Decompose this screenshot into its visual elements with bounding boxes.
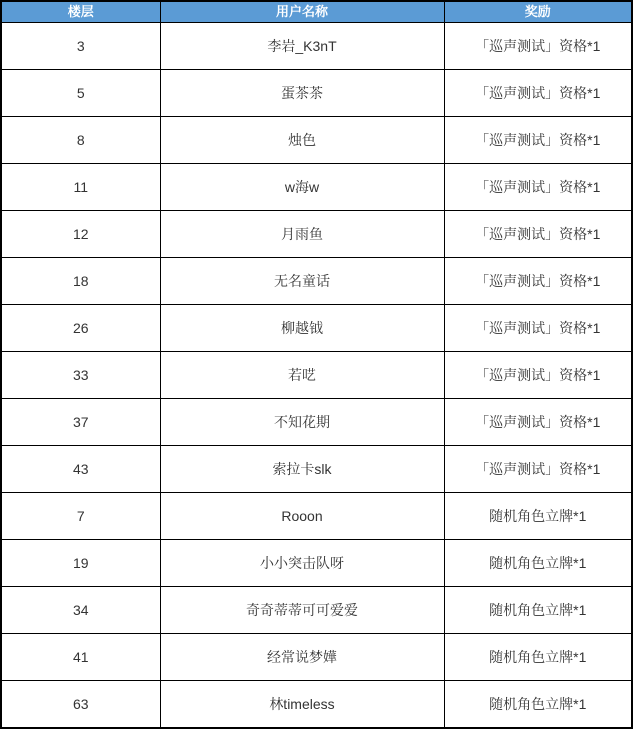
table-body: 3李岩_K3nT「巡声测试」资格*15蛋茶茶「巡声测试」资格*18烛色「巡声测试… <box>1 23 632 729</box>
reward-cell: 「巡声测试」资格*1 <box>444 446 632 493</box>
floor-cell: 12 <box>1 211 160 258</box>
floor-cell: 8 <box>1 117 160 164</box>
table-row: 12月雨鱼「巡声测试」资格*1 <box>1 211 632 258</box>
floor-cell: 5 <box>1 70 160 117</box>
user-cell: 林timeless <box>160 681 444 729</box>
table-row: 7Rooon随机角色立牌*1 <box>1 493 632 540</box>
reward-cell: 「巡声测试」资格*1 <box>444 164 632 211</box>
reward-cell: 「巡声测试」资格*1 <box>444 258 632 305</box>
table-row: 41经常说梦嬅随机角色立牌*1 <box>1 634 632 681</box>
user-cell: 若呓 <box>160 352 444 399</box>
reward-cell: 「巡声测试」资格*1 <box>444 117 632 164</box>
reward-cell: 「巡声测试」资格*1 <box>444 352 632 399</box>
user-cell: 不知花期 <box>160 399 444 446</box>
floor-cell: 41 <box>1 634 160 681</box>
user-cell: 奇奇蒂蒂可可爱爱 <box>160 587 444 634</box>
header-user: 用户名称 <box>160 1 444 23</box>
floor-cell: 19 <box>1 540 160 587</box>
user-cell: Rooon <box>160 493 444 540</box>
floor-cell: 7 <box>1 493 160 540</box>
table-row: 11w海w「巡声测试」资格*1 <box>1 164 632 211</box>
reward-cell: 「巡声测试」资格*1 <box>444 70 632 117</box>
table-row: 37不知花期「巡声测试」资格*1 <box>1 399 632 446</box>
reward-cell: 随机角色立牌*1 <box>444 587 632 634</box>
user-cell: 经常说梦嬅 <box>160 634 444 681</box>
table-row: 33若呓「巡声测试」资格*1 <box>1 352 632 399</box>
reward-cell: 「巡声测试」资格*1 <box>444 305 632 352</box>
floor-cell: 18 <box>1 258 160 305</box>
header-row: 楼层 用户名称 奖励 <box>1 1 632 23</box>
reward-table-container: 楼层 用户名称 奖励 3李岩_K3nT「巡声测试」资格*15蛋茶茶「巡声测试」资… <box>0 0 633 743</box>
table-row: 63林timeless随机角色立牌*1 <box>1 681 632 729</box>
floor-cell: 34 <box>1 587 160 634</box>
reward-cell: 「巡声测试」资格*1 <box>444 211 632 258</box>
user-cell: 李岩_K3nT <box>160 23 444 70</box>
user-cell: 小小突击队呀 <box>160 540 444 587</box>
user-cell: 月雨鱼 <box>160 211 444 258</box>
user-cell: w海w <box>160 164 444 211</box>
floor-cell: 26 <box>1 305 160 352</box>
table-row: 43索拉卡slk「巡声测试」资格*1 <box>1 446 632 493</box>
floor-cell: 3 <box>1 23 160 70</box>
user-cell: 索拉卡slk <box>160 446 444 493</box>
floor-cell: 33 <box>1 352 160 399</box>
reward-cell: 「巡声测试」资格*1 <box>444 399 632 446</box>
reward-cell: 「巡声测试」资格*1 <box>444 23 632 70</box>
table-row: 19小小突击队呀随机角色立牌*1 <box>1 540 632 587</box>
header-floor: 楼层 <box>1 1 160 23</box>
floor-cell: 63 <box>1 681 160 729</box>
table-row: 5蛋茶茶「巡声测试」资格*1 <box>1 70 632 117</box>
reward-cell: 随机角色立牌*1 <box>444 634 632 681</box>
user-cell: 烛色 <box>160 117 444 164</box>
reward-table: 楼层 用户名称 奖励 3李岩_K3nT「巡声测试」资格*15蛋茶茶「巡声测试」资… <box>0 0 633 729</box>
table-row: 3李岩_K3nT「巡声测试」资格*1 <box>1 23 632 70</box>
table-row: 18无名童话「巡声测试」资格*1 <box>1 258 632 305</box>
user-cell: 蛋茶茶 <box>160 70 444 117</box>
table-row: 26柳越钺「巡声测试」资格*1 <box>1 305 632 352</box>
user-cell: 无名童话 <box>160 258 444 305</box>
header-reward: 奖励 <box>444 1 632 23</box>
floor-cell: 11 <box>1 164 160 211</box>
reward-cell: 随机角色立牌*1 <box>444 493 632 540</box>
user-cell: 柳越钺 <box>160 305 444 352</box>
table-row: 34奇奇蒂蒂可可爱爱随机角色立牌*1 <box>1 587 632 634</box>
floor-cell: 43 <box>1 446 160 493</box>
table-row: 8烛色「巡声测试」资格*1 <box>1 117 632 164</box>
reward-cell: 随机角色立牌*1 <box>444 540 632 587</box>
reward-cell: 随机角色立牌*1 <box>444 681 632 729</box>
floor-cell: 37 <box>1 399 160 446</box>
